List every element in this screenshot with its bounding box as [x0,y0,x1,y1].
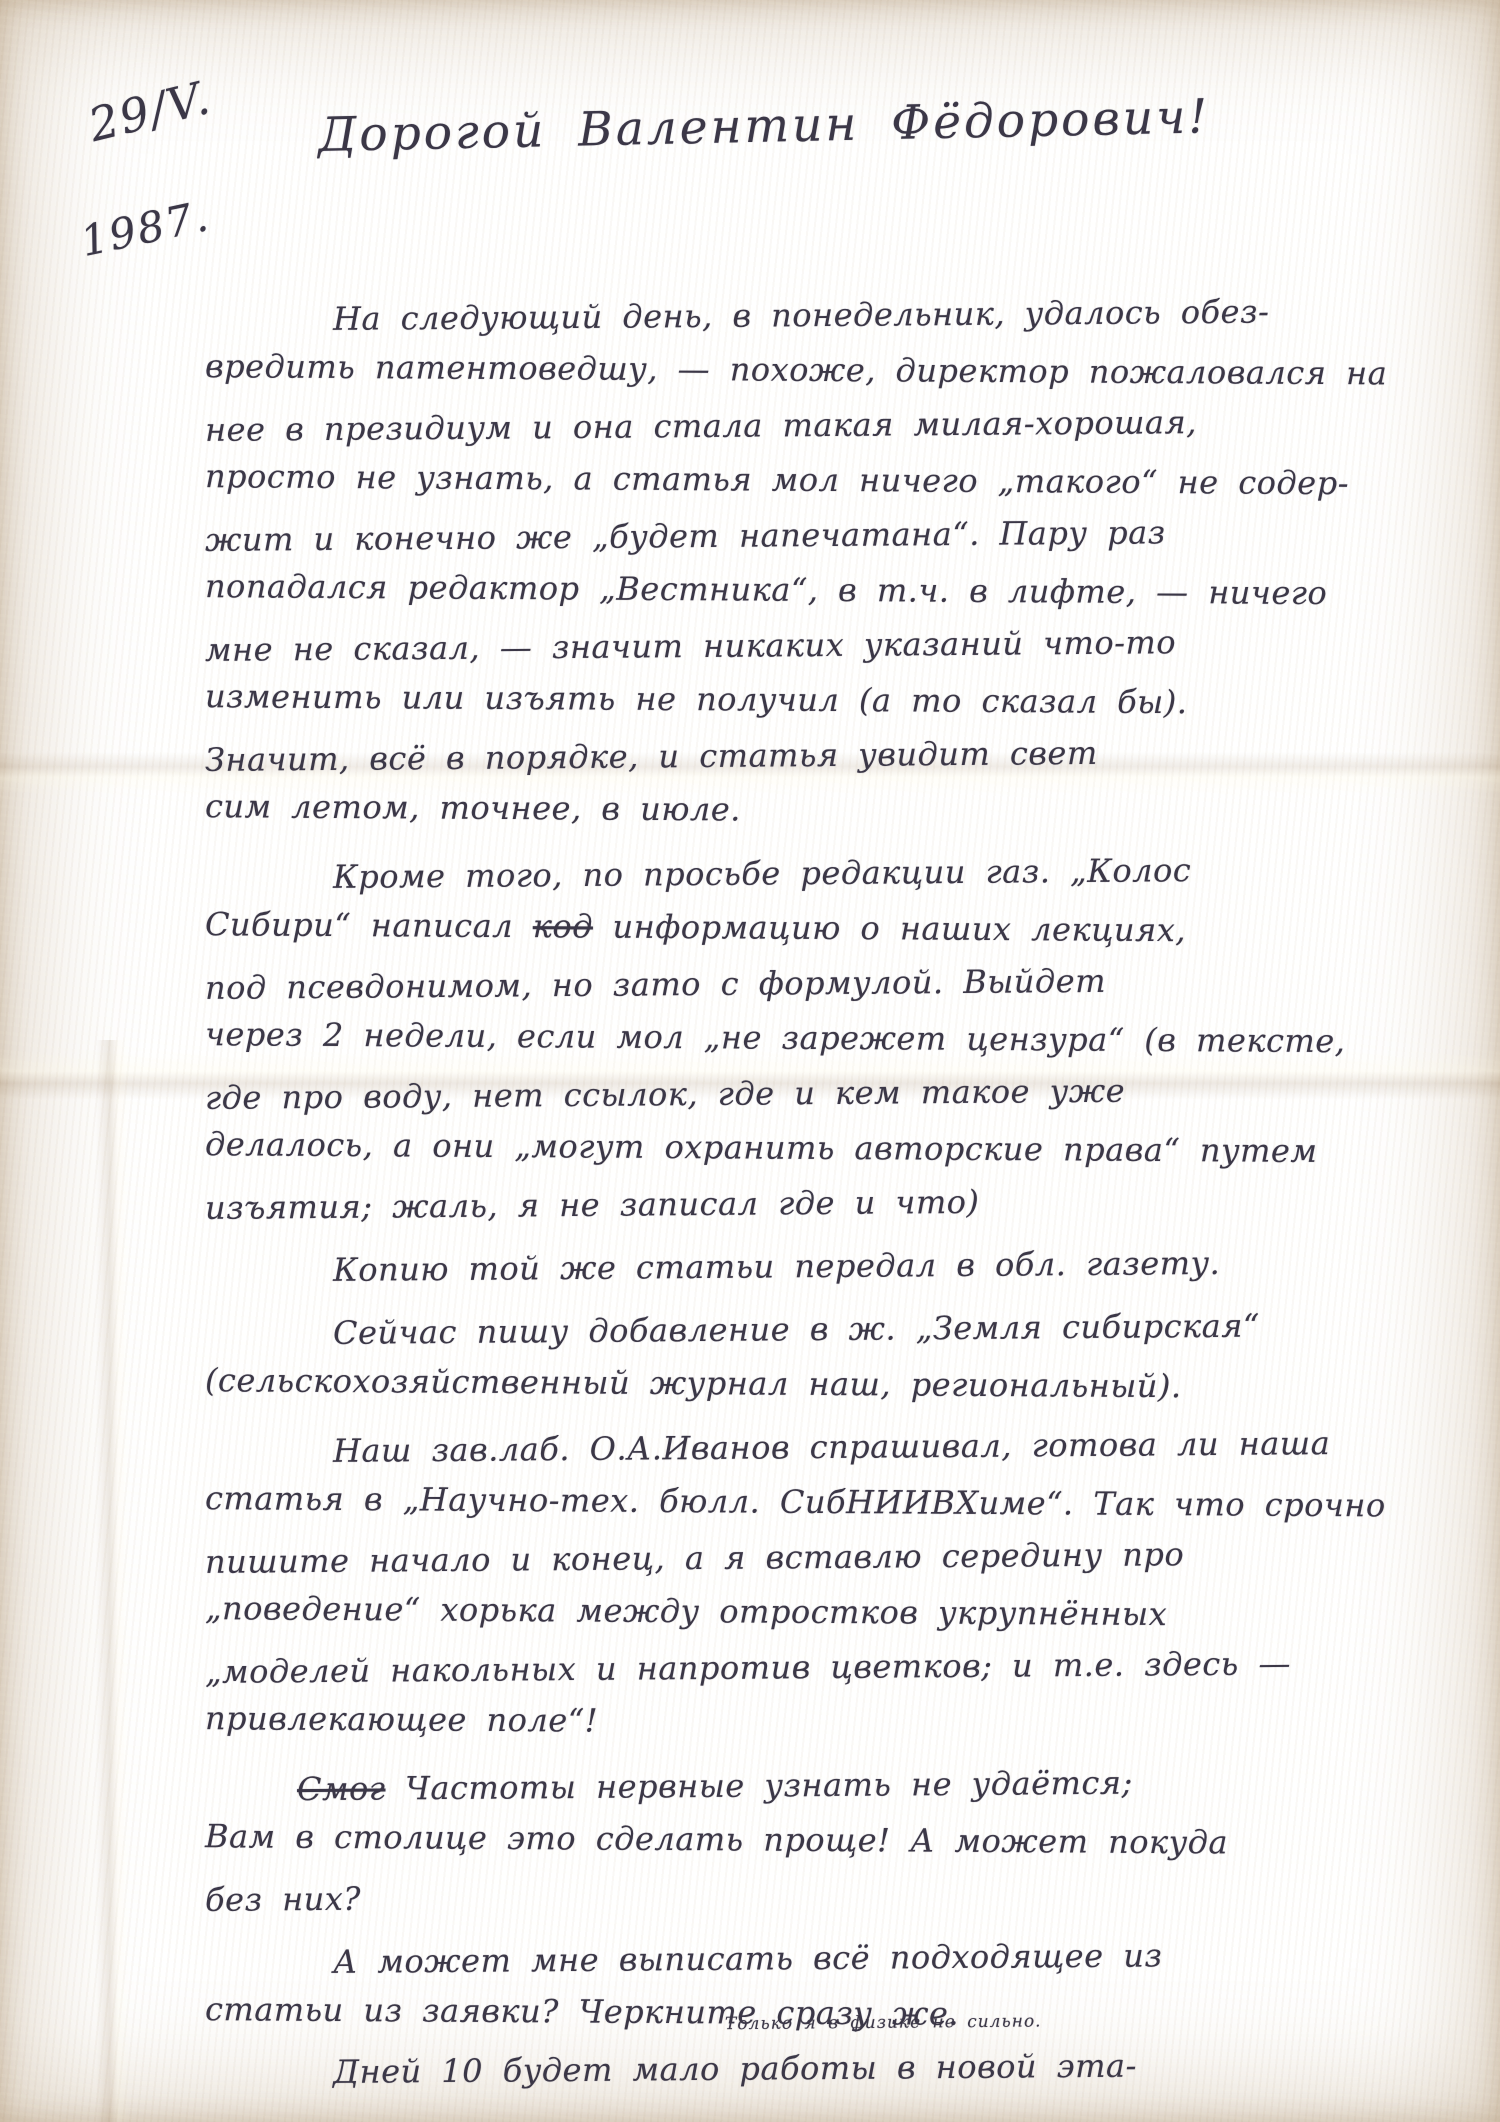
letter-line-with-strikeout: Сибири“ написал код информацию о наших л… [205,897,1455,960]
letter-date-day: 29/V. [83,70,216,152]
paragraph-4: Сейчас пишу добавление в ж. „Земля сибир… [205,1302,1455,1412]
paragraph-6: Смог Частоты нервные узнать не удаётся; … [205,1758,1455,1923]
letter-line: Кроме того, по просьбе редакции газ. „Ко… [205,841,1455,906]
letter-line: Значит, всё в порядке, и статья увидит с… [205,723,1455,788]
letter-line-with-strikeout: Смог Частоты нервные узнать не удаётся; [205,1753,1455,1818]
letter-line: мне не сказал, — значит никаких указаний… [205,613,1455,678]
letter-line: изменить или изъять не получил (а то ска… [205,669,1455,732]
letter-line: Наш зав.лаб. О.А.Иванов спрашивал, готов… [205,1415,1455,1480]
letter-line: нее в президиум и она стала такая милая-… [205,393,1455,458]
letter-line: Вам в столице это сделать проще! А может… [205,1809,1455,1872]
paragraph-1: На следующий день, в понедельник, удалос… [205,288,1455,838]
letter-line: Копию той же статьи передал в обл. газет… [205,1234,1455,1299]
letter-line: где про воду, нет ссылок, где и кем тако… [205,1061,1455,1126]
letter-line: делалось, а они „могут охранить авторски… [205,1117,1455,1180]
paragraph-3: Копию той же статьи передал в обл. газет… [205,1239,1455,1294]
paragraph-5: Наш зав.лаб. О.А.Иванов спрашивал, готов… [205,1420,1455,1750]
letter-line: пишите начало и конец, а я вставлю серед… [205,1525,1455,1590]
paragraph-2: Кроме того, по просьбе редакции газ. „Ко… [205,846,1455,1231]
letter-line: Дней 10 будет мало работы в новой эта- [205,2036,1455,2101]
letter-line: просто не узнать, а статья мол ничего „т… [205,449,1455,512]
letter-line: под псевдонимом, но зато с формулой. Вый… [205,951,1455,1016]
letter-line: вредить патентоведшу, — похоже, директор… [205,339,1455,402]
letter-line: привлекающее поле“! [205,1691,1455,1754]
line-text: Сибири“ написал [205,905,533,945]
letter-page: 29/V. 1987. Дорогой Валентин Фёдорович! … [0,0,1500,2122]
letter-line: На следующий день, в понедельник, удалос… [205,283,1455,348]
letter-line: без них? [205,1863,1455,1928]
paragraph-7: А может мне выписать всё подходящее из с… [205,1931,1455,2031]
letter-salutation: Дорогой Валентин Фёдорович! [318,84,1469,163]
letter-date-year: 1987. [76,191,214,266]
line-text: Частоты нервные узнать не удаётся; [385,1764,1133,1808]
letter-line: Сейчас пишу добавление в ж. „Земля сибир… [205,1297,1455,1362]
letter-line: статья в „Научно-тех. бюлл. СибНИИВХиме“… [205,1471,1455,1534]
letter-body: На следующий день, в понедельник, удалос… [205,288,1455,2104]
struck-word: Смог [297,1769,386,1808]
letter-line: А может мне выписать всё подходящее из [205,1926,1455,1991]
paper-fold-crease [96,1040,130,2122]
letter-line: „моделей накольных и напротив цветков; и… [205,1635,1455,1700]
struck-word: код [533,907,593,945]
letter-line: изъятия; жаль, я не записал где и что) [205,1171,1455,1236]
line-text: информацию о наших лекциях, [593,908,1186,950]
paragraph-8: Дней 10 будет мало работы в новой эта- [205,2041,1455,2096]
letter-line: через 2 недели, если мол „не зарежет цен… [205,1007,1455,1070]
letter-line: жит и конечно же „будет напечатана“. Пар… [205,503,1455,568]
letter-line: сим летом, точнее, в июле. [205,779,1455,842]
letter-line: „поведение“ хорька между отростков укруп… [205,1581,1455,1644]
letter-line: попадался редактор „Вестника“, в т.ч. в … [205,559,1455,622]
letter-line: (сельскохозяйственный журнал наш, регион… [205,1353,1455,1416]
